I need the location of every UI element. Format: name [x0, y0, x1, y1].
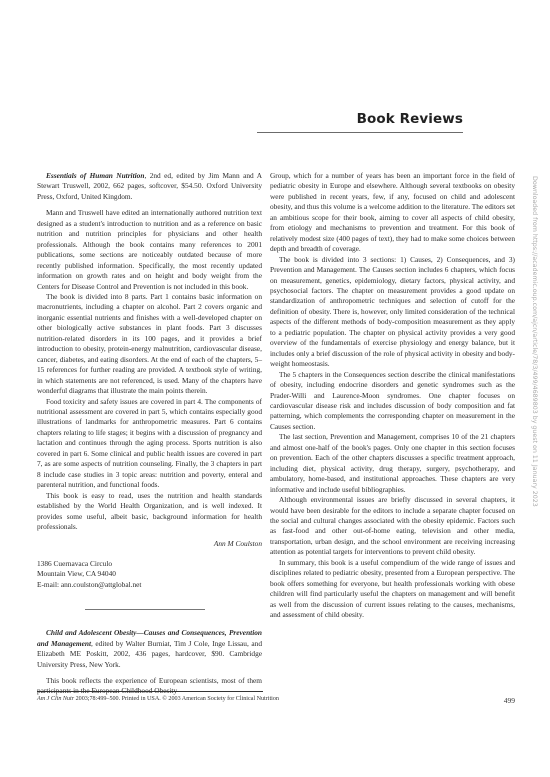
footer-rule: [37, 691, 263, 692]
review2-citation: Child and Adolescent Obesity—Causes and …: [37, 628, 262, 670]
review1-reviewer: Ann M Coulston: [37, 539, 262, 549]
review1-paragraph: Food toxicity and safety issues are cove…: [37, 397, 262, 491]
left-column: Essentials of Human Nutrition, 2nd ed, e…: [37, 171, 262, 697]
review1-paragraph: Mann and Truswell have edited an interna…: [37, 208, 262, 292]
section-title: Book Reviews: [357, 111, 463, 127]
review2-paragraph: The 5 chapters in the Consequences secti…: [270, 370, 515, 433]
address-line: 1386 Cuernavaca Circulo: [37, 559, 262, 569]
page-number: 499: [504, 696, 515, 705]
review1-citation: Essentials of Human Nutrition, 2nd ed, e…: [37, 171, 262, 202]
review1-paragraph: The book is divided into 8 parts. Part 1…: [37, 292, 262, 397]
header-rule: [257, 132, 463, 133]
review2-paragraph: In summary, this book is a useful compen…: [270, 558, 515, 621]
right-column: Group, which for a number of years has b…: [270, 171, 515, 620]
review1-paragraph: This book is easy to read, uses the nutr…: [37, 491, 262, 533]
review2-paragraph: The book is divided into 3 sections: 1) …: [270, 255, 515, 370]
review2-paragraph-start: This book reflects the experience of Eur…: [37, 676, 262, 697]
address-email: E-mail: ann.coulston@attglobal.net: [37, 580, 262, 590]
review2-paragraph: The last section, Prevention and Managem…: [270, 432, 515, 495]
review2-paragraph: Although environmental issues are briefl…: [270, 495, 515, 558]
review-separator: [85, 609, 205, 610]
page-footer: Am J Clin Nutr 2003;78:499–500. Printed …: [37, 696, 515, 702]
review1-book-title: Essentials of Human Nutrition: [46, 171, 144, 180]
download-watermark: Downloaded from https://academic.oup.com…: [531, 176, 538, 636]
footer-citation: 2003;78:499–500. Printed in USA. © 2003 …: [74, 696, 279, 702]
review2-paragraph-continued: Group, which for a number of years has b…: [270, 171, 515, 255]
journal-abbrev: Am J Clin Nutr: [37, 696, 74, 702]
review1-address: 1386 Cuernavaca Circulo Mountain View, C…: [37, 559, 262, 590]
address-line: Mountain View, CA 94040: [37, 569, 262, 579]
